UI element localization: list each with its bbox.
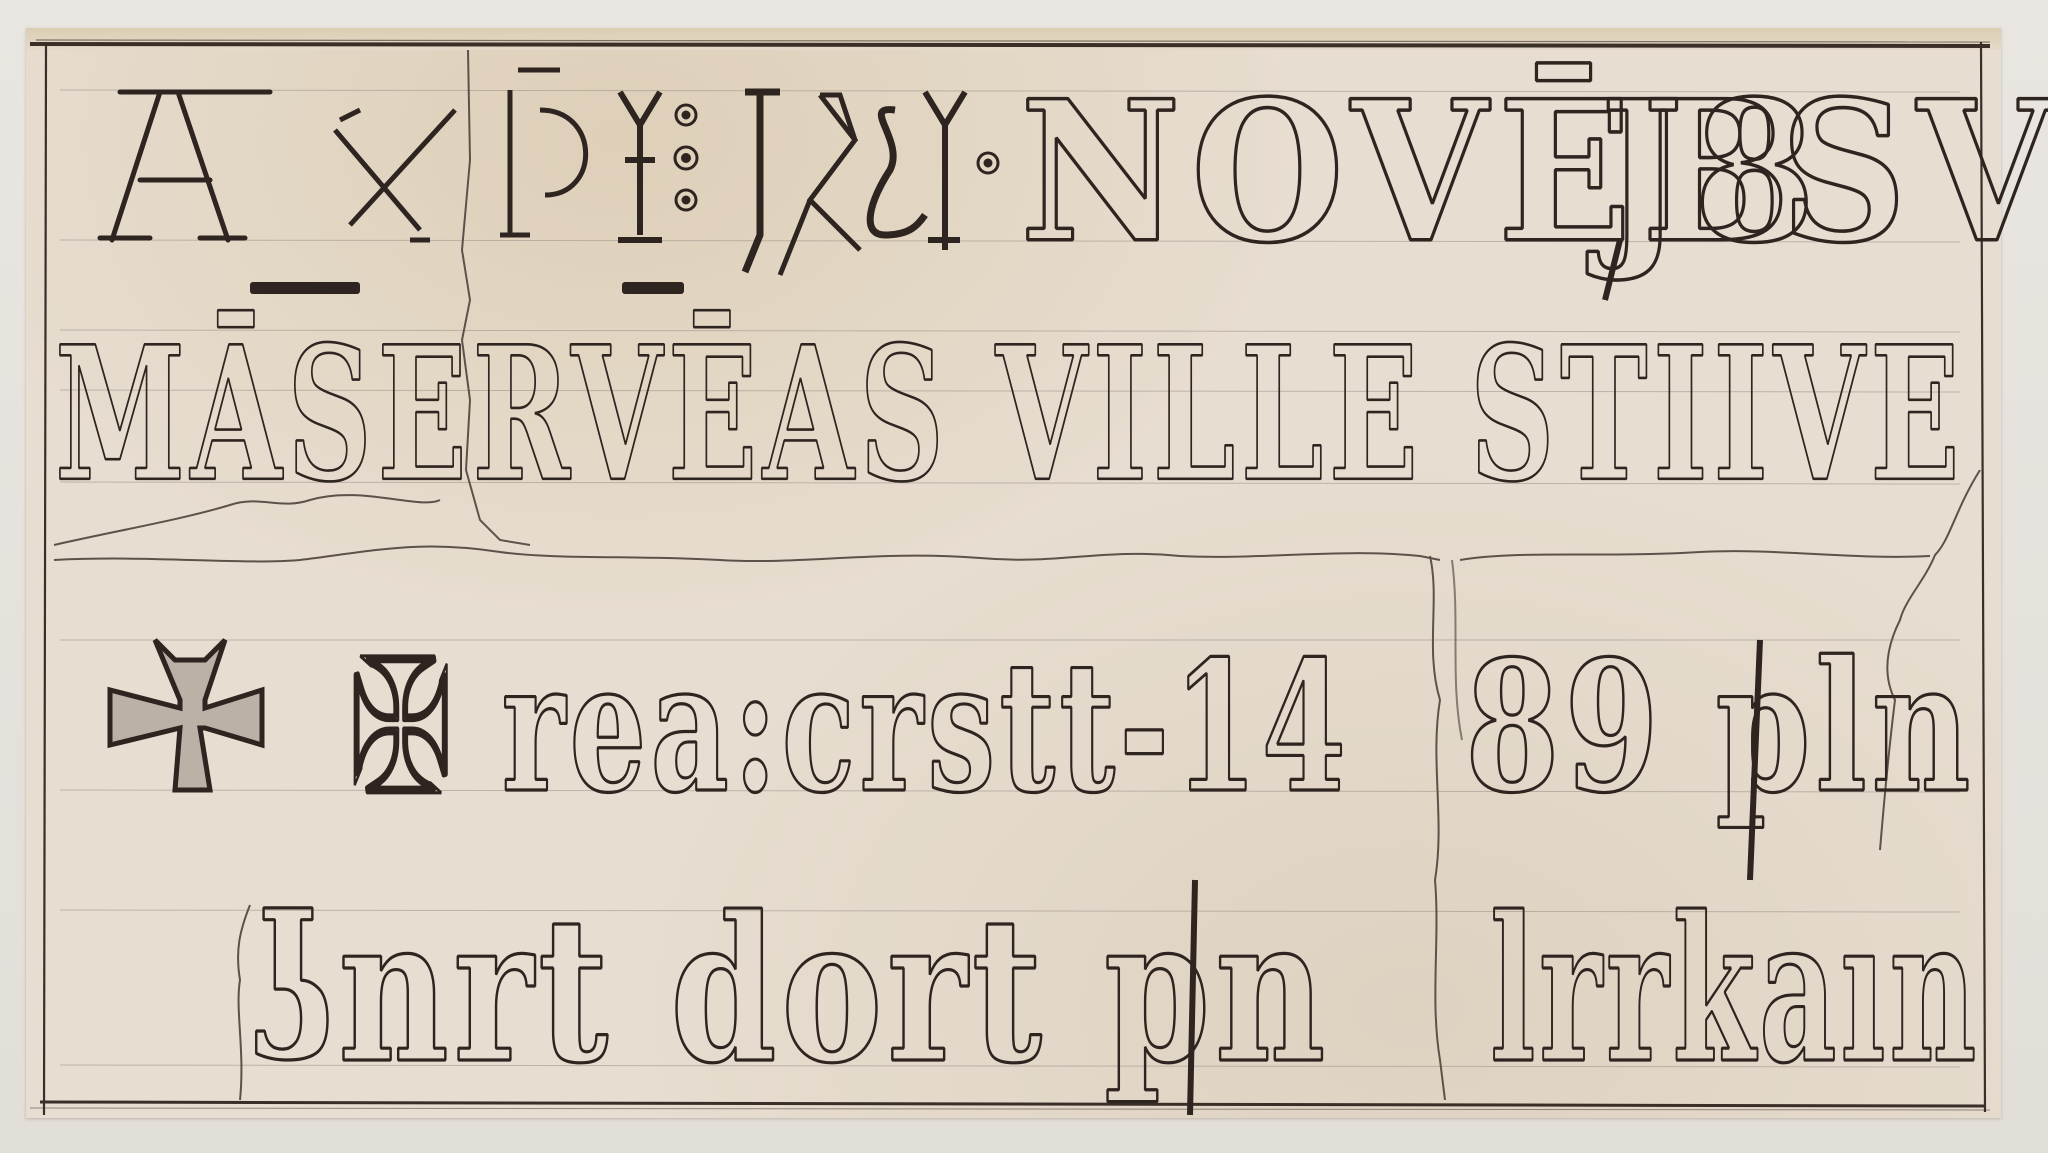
letter-P-with-macron [500, 70, 586, 235]
letter-I [618, 92, 662, 240]
word-sv: SV [1780, 58, 2048, 286]
cross-patee-icon [110, 640, 262, 790]
line-3-right-text: 89 pln [1465, 622, 1975, 833]
line-3-left-text: ✠ rea:crstt-14 [350, 622, 1350, 833]
line-2-text: MĀSERVĒAS VILLE STIIVE [55, 306, 1965, 523]
letter-I-long [745, 92, 780, 272]
letter-I-2 [925, 92, 965, 250]
inscription-line-2: MĀSERVĒAS VILLE STIIVE [55, 306, 1965, 523]
triple-dot-punctuation [675, 105, 697, 210]
inscription-line-3: ✠ rea:crstt-14 89 pln [350, 622, 1975, 833]
dot-punctuation [978, 153, 998, 173]
letter-S [870, 110, 925, 235]
inscription-line-1: NOVĒB J8 SV [100, 58, 2048, 286]
line-4-left-text: ʖnrt dort pn [250, 873, 1330, 1108]
line-4-right-text: lrrkaın [1490, 873, 1980, 1108]
letter-X [335, 110, 455, 240]
inscription-line-4: ʖnrt dort pn lrrkaın [250, 873, 1980, 1108]
inscription-drawing: NOVĒB J8 SV MĀSERVĒAS VILLE STIIVE ✠ rea… [0, 0, 2048, 1153]
letter-crossed-loop [780, 95, 860, 275]
letter-A [100, 92, 270, 240]
